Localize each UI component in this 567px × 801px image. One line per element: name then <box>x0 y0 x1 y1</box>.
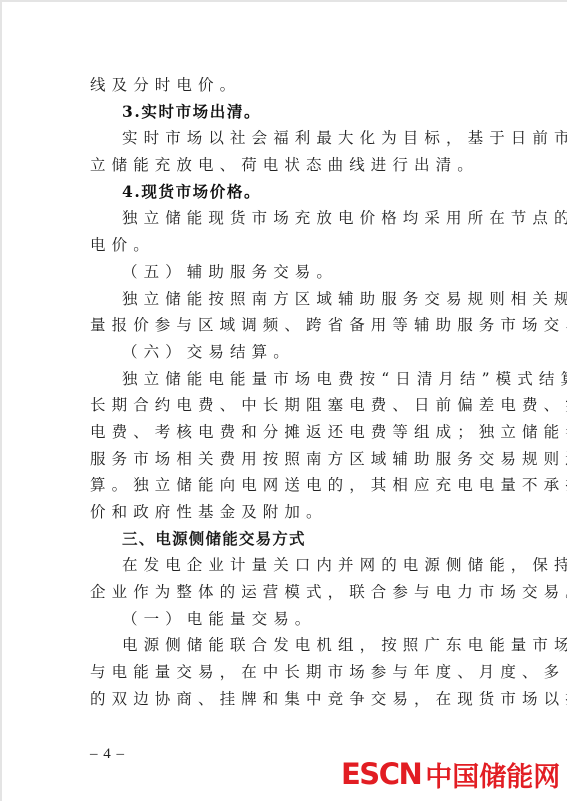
paragraph-line: 长期合约电费、中长期阻塞电费、日前偏差电费、实时偏差 <box>90 392 484 419</box>
paragraph-line: 企业作为整体的运营模式，联合参与电力市场交易。 <box>90 579 484 606</box>
paragraph-line: 算。独立储能向电网送电的，其相应充电电量不承担输配电 <box>90 472 484 499</box>
document-body: 线及分时电价。 3.实时市场出清。 实时市场以社会福利最大化为目标，基于日前市场… <box>90 72 484 713</box>
paragraph-line: 立储能充放电、荷电状态曲线进行出清。 <box>90 152 484 179</box>
page-number: – 4 – <box>90 746 125 763</box>
paragraph-line: 电源侧储能联合发电机组，按照广东电能量市场规则参 <box>90 632 484 659</box>
logo-latin-text: ESCN <box>341 757 421 791</box>
paragraph-line: 电费、考核电费和分摊返还电费等组成；独立储能参与辅助 <box>90 419 484 446</box>
paragraph-line: 价和政府性基金及附加。 <box>90 499 484 526</box>
logo-chinese-text: 中国储能网 <box>425 755 560 794</box>
paragraph-line: 独立储能按照南方区域辅助服务交易规则相关规定，报 <box>90 286 484 313</box>
document-page: 线及分时电价。 3.实时市场出清。 实时市场以社会福利最大化为目标，基于日前市场… <box>0 0 567 801</box>
paragraph-line: 独立储能电能量市场电费按“日清月结”模式结算，由中 <box>90 366 484 393</box>
section-heading: 三、电源侧储能交易方式 <box>90 526 484 553</box>
section-item-heading: （一）电能量交易。 <box>90 606 484 633</box>
subsection-heading: 3.实时市场出清。 <box>90 99 484 126</box>
paragraph-line: 量报价参与区域调频、跨省备用等辅助服务市场交易。 <box>90 312 484 339</box>
paragraph-line: 独立储能现货市场充放电价格均采用所在节点的分时 <box>90 205 484 232</box>
text-line: 线及分时电价。 <box>90 72 484 99</box>
section-item-heading: （五）辅助服务交易。 <box>90 259 484 286</box>
paragraph-line: 的双边协商、挂牌和集中竞争交易，在现货市场以报量报价 <box>90 686 484 713</box>
paragraph-line: 电价。 <box>90 232 484 259</box>
section-item-heading: （六）交易结算。 <box>90 339 484 366</box>
paragraph-line: 实时市场以社会福利最大化为目标，基于日前市场的独 <box>90 125 484 152</box>
paragraph-line: 服务市场相关费用按照南方区域辅助服务交易规则进行结 <box>90 446 484 473</box>
paragraph-line: 与电能量交易，在中长期市场参与年度、月度、多日等周期 <box>90 659 484 686</box>
escn-watermark-logo: ESCN 中国储能网 <box>341 756 560 792</box>
paragraph-line: 在发电企业计量关口内并网的电源侧储能，保持与发电 <box>90 552 484 579</box>
subsection-heading: 4.现货市场价格。 <box>90 179 484 206</box>
